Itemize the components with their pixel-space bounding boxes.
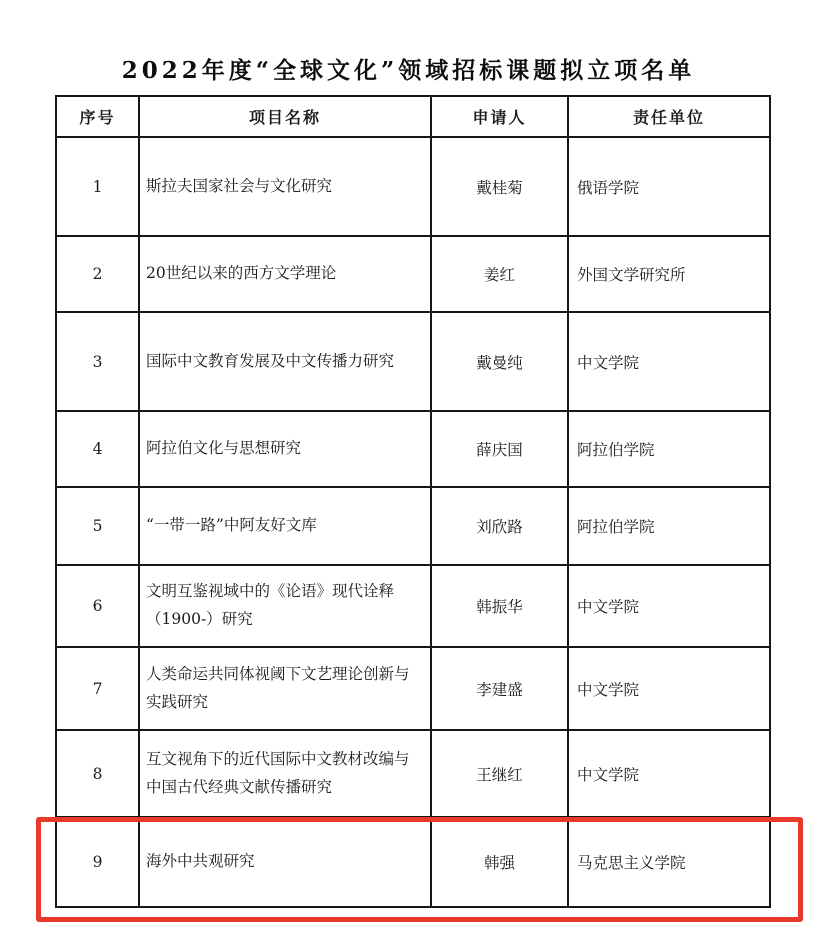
cell-no: 4 <box>56 411 139 487</box>
table-row: 4 阿拉伯文化与思想研究 薛庆国 阿拉伯学院 <box>56 411 770 487</box>
cell-project-name: 文明互鉴视域中的《论语》现代诠释 （1900-）研究 <box>139 565 431 647</box>
table-row-highlighted: 9 海外中共观研究 韩强 马克思主义学院 <box>56 817 770 907</box>
table-row: 6 文明互鉴视域中的《论语》现代诠释 （1900-）研究 韩振华 中文学院 <box>56 565 770 647</box>
cell-no: 9 <box>56 817 139 907</box>
cell-applicant: 刘欣路 <box>431 487 568 565</box>
cell-no: 6 <box>56 565 139 647</box>
table-header-row: 序号 项目名称 申请人 责任单位 <box>56 96 770 137</box>
header-unit: 责任单位 <box>568 96 770 137</box>
table-row: 2 20世纪以来的西方文学理论 姜红 外国文学研究所 <box>56 236 770 312</box>
cell-applicant: 姜红 <box>431 236 568 312</box>
table-row: 7 人类命运共同体视阈下文艺理论创新与 实践研究 李建盛 中文学院 <box>56 647 770 730</box>
cell-no: 3 <box>56 312 139 411</box>
cell-unit: 中文学院 <box>568 647 770 730</box>
cell-applicant: 戴曼纯 <box>431 312 568 411</box>
page-title: 2022年度“全球文化”领域招标课题拟立项名单 <box>0 52 817 85</box>
document-page: 2022年度“全球文化”领域招标课题拟立项名单 序号 项目名称 申请人 责任单位… <box>0 0 817 943</box>
cell-unit: 阿拉伯学院 <box>568 487 770 565</box>
cell-unit: 外国文学研究所 <box>568 236 770 312</box>
cell-applicant: 李建盛 <box>431 647 568 730</box>
cell-applicant: 韩振华 <box>431 565 568 647</box>
table-row: 5 “一带一路”中阿友好文库 刘欣路 阿拉伯学院 <box>56 487 770 565</box>
cell-applicant: 戴桂菊 <box>431 137 568 236</box>
cell-unit: 马克思主义学院 <box>568 817 770 907</box>
cell-unit: 中文学院 <box>568 565 770 647</box>
cell-project-name: 海外中共观研究 <box>139 817 431 907</box>
cell-project-name: “一带一路”中阿友好文库 <box>139 487 431 565</box>
cell-unit: 中文学院 <box>568 730 770 817</box>
cell-no: 7 <box>56 647 139 730</box>
cell-project-name: 互文视角下的近代国际中文教材改编与 中国古代经典文献传播研究 <box>139 730 431 817</box>
cell-applicant: 薛庆国 <box>431 411 568 487</box>
table-row: 8 互文视角下的近代国际中文教材改编与 中国古代经典文献传播研究 王继红 中文学… <box>56 730 770 817</box>
cell-project-name: 阿拉伯文化与思想研究 <box>139 411 431 487</box>
cell-applicant: 韩强 <box>431 817 568 907</box>
table-row: 3 国际中文教育发展及中文传播力研究 戴曼纯 中文学院 <box>56 312 770 411</box>
cell-project-name: 斯拉夫国家社会与文化研究 <box>139 137 431 236</box>
cell-project-name: 人类命运共同体视阈下文艺理论创新与 实践研究 <box>139 647 431 730</box>
table-row: 1 斯拉夫国家社会与文化研究 戴桂菊 俄语学院 <box>56 137 770 236</box>
cell-no: 5 <box>56 487 139 565</box>
header-project-name: 项目名称 <box>139 96 431 137</box>
cell-unit: 中文学院 <box>568 312 770 411</box>
header-no: 序号 <box>56 96 139 137</box>
cell-project-name: 国际中文教育发展及中文传播力研究 <box>139 312 431 411</box>
cell-applicant: 王继红 <box>431 730 568 817</box>
header-applicant: 申请人 <box>431 96 568 137</box>
projects-table: 序号 项目名称 申请人 责任单位 1 斯拉夫国家社会与文化研究 戴桂菊 俄语学院… <box>55 95 771 908</box>
cell-no: 8 <box>56 730 139 817</box>
cell-no: 1 <box>56 137 139 236</box>
cell-unit: 俄语学院 <box>568 137 770 236</box>
cell-no: 2 <box>56 236 139 312</box>
cell-project-name: 20世纪以来的西方文学理论 <box>139 236 431 312</box>
cell-unit: 阿拉伯学院 <box>568 411 770 487</box>
